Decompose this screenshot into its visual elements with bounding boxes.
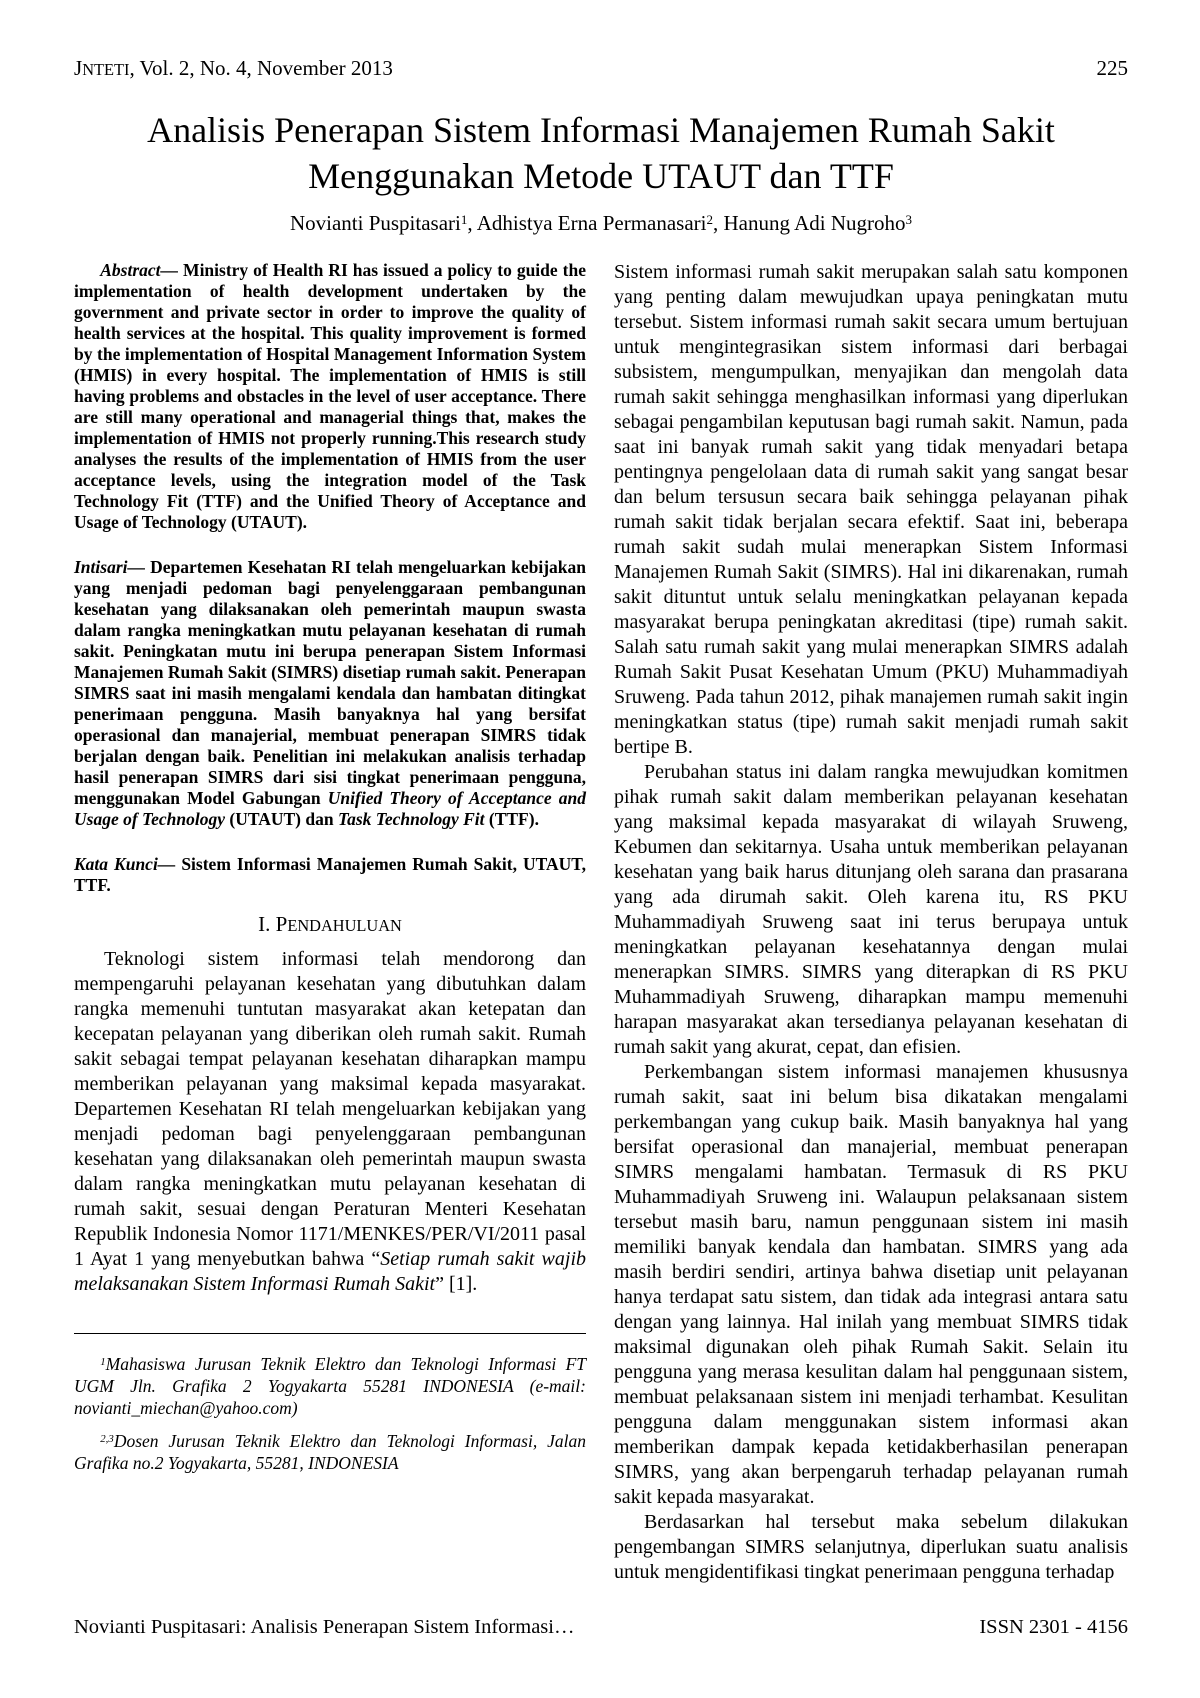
page-header: JNTETI, Vol. 2, No. 4, November 2013 225 <box>74 56 1128 81</box>
paragraph: Berdasarkan hal tersebut maka sebelum di… <box>614 1510 1128 1585</box>
paper-title: Analisis Penerapan Sistem Informasi Mana… <box>102 107 1100 199</box>
running-head: Novianti Puspitasari: Analisis Penerapan… <box>74 1616 574 1639</box>
keywords-label: Kata Kunci— <box>74 854 175 874</box>
section-heading-pendahuluan: I. PENDAHULUAN <box>74 912 586 937</box>
paragraph: Sistem informasi rumah sakit merupakan s… <box>614 260 1128 760</box>
abstract-label: Abstract— <box>100 260 178 280</box>
paragraph: Perkembangan sistem informasi manajemen … <box>614 1060 1128 1510</box>
abstract-paragraph: Abstract— Ministry of Health RI has issu… <box>74 260 586 533</box>
left-column: Abstract— Ministry of Health RI has issu… <box>74 260 586 1585</box>
two-column-body: Abstract— Ministry of Health RI has issu… <box>74 260 1128 1585</box>
footnote-divider <box>74 1333 586 1334</box>
page-number: 225 <box>1097 56 1129 81</box>
issn-label: ISSN 2301 - 4156 <box>979 1616 1128 1639</box>
intisari-paragraph: Intisari— Departemen Kesehatan RI telah … <box>74 557 586 830</box>
paper-page: JNTETI, Vol. 2, No. 4, November 2013 225… <box>0 0 1200 1698</box>
intisari-label: Intisari— <box>74 557 145 577</box>
page-footer: Novianti Puspitasari: Analisis Penerapan… <box>74 1616 1128 1639</box>
keywords-paragraph: Kata Kunci— Sistem Informasi Manajemen R… <box>74 854 586 896</box>
footnote-1: 1Mahasiswa Jurusan Teknik Elektro dan Te… <box>74 1354 586 1419</box>
footnote-2: 2,3Dosen Jurusan Teknik Elektro dan Tekn… <box>74 1431 586 1474</box>
paragraph: Perubahan status ini dalam rangka mewuju… <box>614 760 1128 1060</box>
intro-paragraph: Teknologi sistem informasi telah mendoro… <box>74 947 586 1297</box>
right-column: Sistem informasi rumah sakit merupakan s… <box>614 260 1128 1585</box>
intisari-text: Departemen Kesehatan RI telah mengeluark… <box>74 557 586 829</box>
abstract-text: Ministry of Health RI has issued a polic… <box>74 260 586 532</box>
journal-citation: JNTETI, Vol. 2, No. 4, November 2013 <box>74 56 393 81</box>
authors-line: Novianti Puspitasari1, Adhistya Erna Per… <box>74 211 1128 236</box>
